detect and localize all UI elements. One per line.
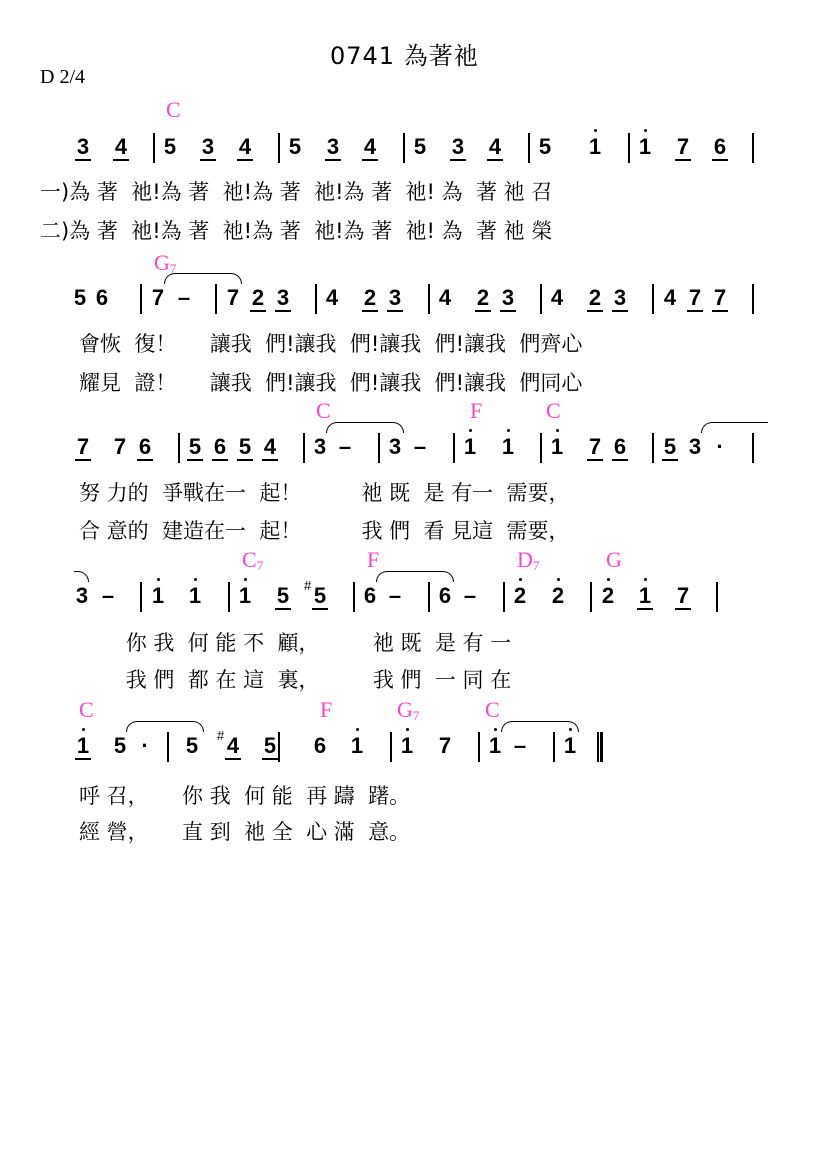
note: 7 bbox=[712, 287, 728, 312]
note: 2 bbox=[250, 287, 266, 312]
barline bbox=[540, 284, 542, 314]
octave-dot bbox=[594, 129, 597, 132]
note: 1 bbox=[399, 735, 415, 757]
dash-extension: – bbox=[337, 436, 353, 458]
octave-dot bbox=[644, 129, 647, 132]
barline bbox=[716, 582, 718, 612]
lyric-verse-1: 一)為 著 祂!為 著 祂!為 著 祂!為 著 祂! 為 著 祂 召 bbox=[40, 176, 552, 206]
barline bbox=[528, 133, 530, 163]
note: 4 bbox=[362, 136, 378, 161]
octave-dot bbox=[406, 728, 409, 731]
barline bbox=[752, 433, 754, 463]
note: 4# bbox=[225, 735, 241, 760]
note: 7 bbox=[75, 436, 91, 461]
note: 5 bbox=[287, 136, 303, 158]
note: 1 bbox=[75, 735, 91, 760]
octave-dot bbox=[82, 728, 85, 731]
note: 1 bbox=[500, 436, 516, 458]
barline bbox=[278, 732, 280, 762]
note: 5 bbox=[112, 735, 128, 757]
note: 3 bbox=[612, 287, 628, 312]
chord-symbol: C bbox=[316, 398, 331, 424]
octave-dot bbox=[644, 578, 647, 581]
note: 1 bbox=[462, 436, 478, 458]
octave-dot bbox=[469, 429, 472, 432]
note: 3 bbox=[74, 585, 90, 607]
note: 2 bbox=[362, 287, 378, 312]
note: 3 bbox=[275, 287, 291, 312]
chord-symbol: G bbox=[606, 547, 622, 573]
note: 3 bbox=[312, 436, 328, 458]
note: 2 bbox=[550, 585, 566, 607]
chord-symbol: C7 bbox=[242, 547, 263, 574]
note: 5 bbox=[187, 436, 203, 461]
note: 7 bbox=[687, 287, 703, 312]
barline bbox=[378, 433, 380, 463]
note: 3 bbox=[387, 287, 403, 312]
octave-dot bbox=[157, 578, 160, 581]
note: 5 bbox=[412, 136, 428, 158]
note: 7 bbox=[675, 136, 691, 161]
note: 2 bbox=[512, 585, 528, 607]
lyric-verse-2: 合 意的 建造在一 起！ 我 們 看 見這 需要， bbox=[79, 515, 570, 545]
key-time-signature: D 2/4 bbox=[40, 66, 85, 89]
barline bbox=[628, 133, 630, 163]
dot-extension: · bbox=[137, 735, 153, 757]
song-title: 0741 為著祂 bbox=[330, 36, 479, 71]
note: 6 bbox=[712, 136, 728, 161]
note: 5 bbox=[184, 735, 200, 757]
lyric-verse-2: 耀見 證！ 讓我 們!讓我 們!讓我 們!讓我 們同心 bbox=[79, 367, 582, 397]
octave-dot bbox=[607, 578, 610, 581]
note: 2 bbox=[600, 585, 616, 607]
dash-extension: – bbox=[176, 287, 192, 309]
note: 3 bbox=[450, 136, 466, 161]
tie-slur bbox=[74, 571, 89, 582]
tie-slur bbox=[701, 422, 768, 433]
dash-extension: – bbox=[412, 436, 428, 458]
barline bbox=[752, 284, 754, 314]
tie-slur bbox=[164, 273, 242, 284]
note: 4 bbox=[437, 287, 453, 309]
note: 4 bbox=[237, 136, 253, 161]
note: 2 bbox=[587, 287, 603, 312]
lyric-verse-2: 經 營， 直 到 祂 全 心 滿 意。 bbox=[79, 816, 410, 846]
barline bbox=[303, 433, 305, 463]
barline bbox=[553, 732, 555, 762]
octave-dot bbox=[494, 728, 497, 731]
note: 7 bbox=[150, 287, 166, 309]
barline bbox=[167, 732, 169, 762]
note: 7 bbox=[587, 436, 603, 461]
note: 6 bbox=[612, 436, 628, 461]
barline bbox=[315, 284, 317, 314]
octave-dot bbox=[557, 578, 560, 581]
note: 1 bbox=[637, 585, 653, 610]
tie-slur bbox=[126, 721, 204, 732]
barline bbox=[215, 284, 217, 314]
barline bbox=[652, 284, 654, 314]
barline bbox=[178, 433, 180, 463]
barline bbox=[652, 433, 654, 463]
dash-extension: – bbox=[100, 585, 116, 607]
tie-slur bbox=[326, 422, 404, 433]
tie-slur bbox=[376, 571, 454, 582]
note: 1 bbox=[150, 585, 166, 607]
note: 6 bbox=[94, 287, 110, 309]
barline bbox=[453, 433, 455, 463]
note: 6 bbox=[362, 585, 378, 607]
note: 7 bbox=[675, 585, 691, 610]
dash-extension: – bbox=[512, 735, 528, 757]
chord-symbol: C bbox=[166, 97, 181, 123]
note: 6 bbox=[212, 436, 228, 461]
note: 3 bbox=[387, 436, 403, 458]
note: 1 bbox=[237, 585, 253, 607]
note: 7 bbox=[225, 287, 241, 309]
barline bbox=[428, 284, 430, 314]
note: 5 bbox=[537, 136, 553, 158]
note: 1 bbox=[187, 585, 203, 607]
chord-symbol: D7 bbox=[517, 547, 539, 574]
lyric-verse-1: 呼 召， 你 我 何 能 再 躊 躇。 bbox=[79, 780, 410, 810]
note: 5 bbox=[262, 735, 278, 760]
barline bbox=[428, 582, 430, 612]
note: 4 bbox=[113, 136, 129, 161]
dash-extension: – bbox=[462, 585, 478, 607]
barline bbox=[353, 582, 355, 612]
barline bbox=[140, 582, 142, 612]
barline bbox=[403, 133, 405, 163]
note: 5 bbox=[72, 287, 88, 309]
barline bbox=[228, 582, 230, 612]
note: 3 bbox=[200, 136, 216, 161]
chord-symbol: F bbox=[320, 697, 332, 723]
note: 4 bbox=[487, 136, 503, 161]
chord-symbol: F bbox=[367, 547, 379, 573]
lyric-verse-1: 你 我 何 能 不 顧， 祂 既 是 有 一 bbox=[79, 627, 511, 657]
lyric-verse-2: 二)為 著 祂!為 著 祂!為 著 祂!為 著 祂! 為 著 祂 榮 bbox=[40, 215, 552, 245]
note: 1 bbox=[487, 735, 503, 757]
note: 5# bbox=[312, 585, 328, 610]
note: 4 bbox=[324, 287, 340, 309]
note: 2 bbox=[475, 287, 491, 312]
note: 7 bbox=[437, 735, 453, 757]
barline bbox=[390, 732, 392, 762]
chord-symbol: C bbox=[546, 398, 561, 424]
octave-dot bbox=[244, 578, 247, 581]
lyric-verse-2: 我 們 都 在 這 裏， 我 們 一 同 在 bbox=[79, 664, 511, 694]
dash-extension: – bbox=[387, 585, 403, 607]
note: 4 bbox=[662, 287, 678, 309]
barline bbox=[278, 133, 280, 163]
note: 5 bbox=[162, 136, 178, 158]
barline bbox=[153, 133, 155, 163]
note: 6 bbox=[312, 735, 328, 757]
note: 6 bbox=[137, 436, 153, 461]
barline bbox=[503, 582, 505, 612]
chord-symbol: F bbox=[470, 398, 482, 424]
octave-dot bbox=[519, 578, 522, 581]
barline bbox=[590, 582, 592, 612]
dot-extension: · bbox=[712, 436, 728, 458]
note: 1 bbox=[349, 735, 365, 757]
note: 5 bbox=[662, 436, 678, 461]
note: 5 bbox=[275, 585, 291, 610]
tie-slur bbox=[501, 721, 579, 732]
sharp-icon: # bbox=[304, 575, 311, 597]
final-barline bbox=[597, 732, 603, 762]
chord-symbol: G7 bbox=[397, 697, 419, 724]
lyric-verse-1: 努 力的 爭戰在一 起！ 祂 既 是 有一 需要， bbox=[79, 477, 570, 507]
octave-dot bbox=[356, 728, 359, 731]
note: 3 bbox=[500, 287, 516, 312]
barline bbox=[478, 732, 480, 762]
note: 3 bbox=[75, 136, 91, 161]
note: 3 bbox=[687, 436, 703, 458]
lyric-verse-1: 會恢 復！ 讓我 們!讓我 們!讓我 們!讓我 們齊心 bbox=[79, 328, 582, 358]
barline bbox=[540, 433, 542, 463]
note: 3 bbox=[325, 136, 341, 161]
octave-dot bbox=[556, 429, 559, 432]
note: 1 bbox=[637, 136, 653, 158]
barline bbox=[140, 284, 142, 314]
octave-dot bbox=[194, 578, 197, 581]
note: 6 bbox=[437, 585, 453, 607]
note: 1 bbox=[549, 436, 565, 458]
note: 7 bbox=[112, 436, 128, 458]
chord-symbol: C bbox=[485, 697, 500, 723]
sharp-icon: # bbox=[217, 725, 224, 747]
note: 1 bbox=[587, 136, 603, 158]
chord-symbol: C bbox=[79, 697, 94, 723]
octave-dot bbox=[507, 429, 510, 432]
note: 4 bbox=[549, 287, 565, 309]
note: 1 bbox=[562, 735, 578, 757]
note: 4 bbox=[262, 436, 278, 461]
barline bbox=[752, 133, 754, 163]
note: 5 bbox=[237, 436, 253, 461]
